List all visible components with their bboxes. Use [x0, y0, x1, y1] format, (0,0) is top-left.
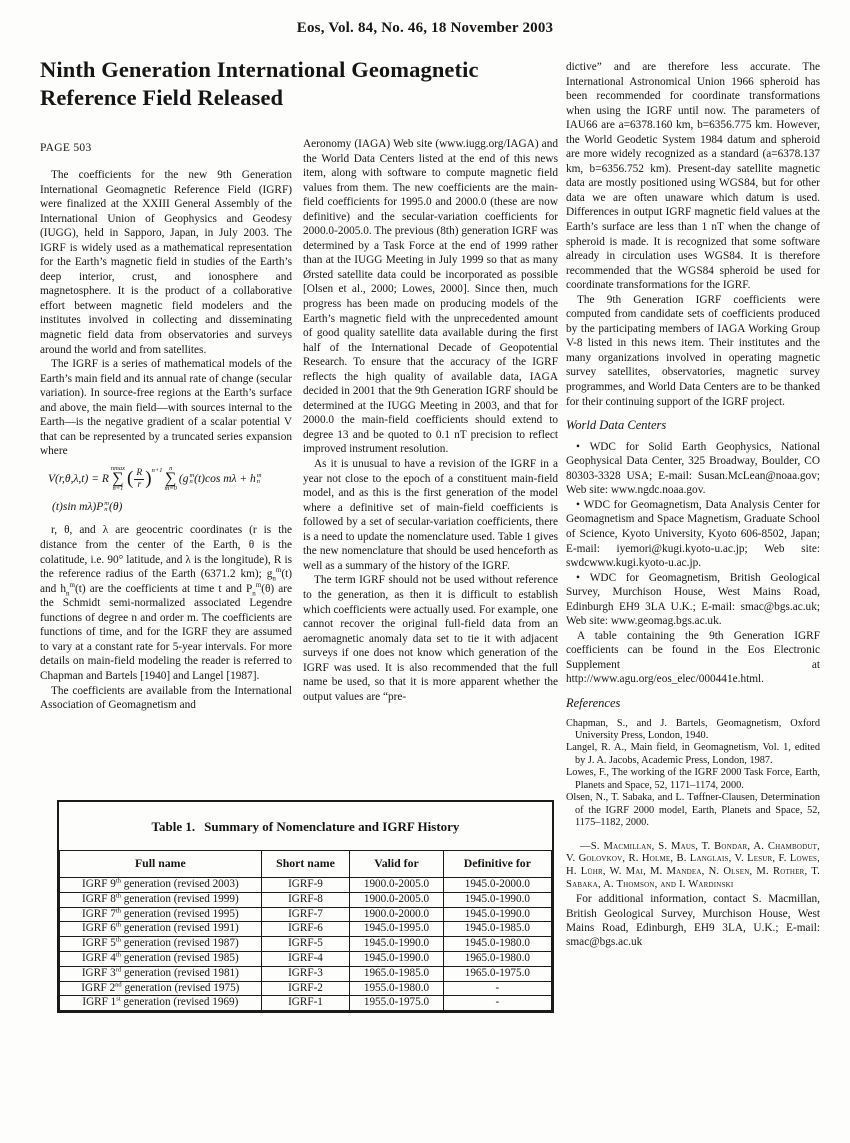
- cell-short-name: IGRF-8: [261, 892, 350, 907]
- cell-valid-for: 1945.0-1995.0: [350, 922, 443, 937]
- reference-item: Langel, R. A., Main field, in Geomagneti…: [566, 742, 820, 767]
- sigma-icon: ∑: [112, 472, 123, 486]
- header-short-name: Short name: [261, 851, 350, 878]
- cell-valid-for: 1955.0-1980.0: [350, 981, 443, 996]
- cell-valid-for: 1965.0-1985.0: [350, 966, 443, 981]
- table-row: IGRF 1st generation (revised 1969) IGRF-…: [60, 996, 552, 1011]
- cell-definitive-for: 1945.0-1985.0: [443, 922, 551, 937]
- header-valid-for: Valid for: [350, 851, 443, 878]
- table-row: IGRF 4th generation (revised 1985) IGRF-…: [60, 951, 552, 966]
- cell-valid-for: 1945.0-1990.0: [350, 951, 443, 966]
- cell-definitive-for: 1945.0-1990.0: [443, 907, 551, 922]
- para-col1-2: The IGRF is a series of mathematical mod…: [40, 357, 292, 459]
- wdc-item: WDC for Geomagnetism, Data Analysis Cent…: [566, 498, 820, 571]
- cell-full-name: IGRF 8th generation (revised 1999): [60, 892, 262, 907]
- table-label: Table 1.: [152, 819, 196, 834]
- cell-definitive-for: 1945.0-1990.0: [443, 892, 551, 907]
- cell-short-name: IGRF-7: [261, 907, 350, 922]
- cell-valid-for: 1900.0-2005.0: [350, 878, 443, 893]
- cell-valid-for: 1900.0-2000.0: [350, 907, 443, 922]
- contact-info: For additional information, contact S. M…: [566, 892, 820, 949]
- journal-header: Eos, Vol. 84, No. 46, 18 November 2003: [0, 20, 850, 37]
- cell-full-name: IGRF 2nd generation (revised 1975): [60, 981, 262, 996]
- cell-valid-for: 1900.0-2005.0: [350, 892, 443, 907]
- column-middle: Aeronomy (IAGA) Web site (www.iugg.org/I…: [303, 137, 558, 704]
- table-title: Table 1.Summary of Nomenclature and IGRF…: [59, 802, 552, 850]
- cell-definitive-for: 1945.0-2000.0: [443, 878, 551, 893]
- cell-short-name: IGRF-3: [261, 966, 350, 981]
- references-heading: References: [566, 696, 820, 711]
- para-col2-2: As it is unusual to have a revision of t…: [303, 457, 558, 573]
- table-row: IGRF 2nd generation (revised 1975) IGRF-…: [60, 981, 552, 996]
- para-col1-1: The coefficients for the new 9th Generat…: [40, 168, 292, 357]
- sum-operator-m: n ∑ m=0: [165, 466, 177, 493]
- reference-item: Lowes, F., The working of the IGRF 2000 …: [566, 767, 820, 792]
- cell-full-name: IGRF 5th generation (revised 1987): [60, 937, 262, 952]
- table-row: IGRF 3rd generation (revised 1981) IGRF-…: [60, 966, 552, 981]
- cell-full-name: IGRF 6th generation (revised 1991): [60, 922, 262, 937]
- exponent: n+1: [152, 464, 163, 479]
- wdc-item: WDC for Geomagnetism, British Geological…: [566, 571, 820, 629]
- cell-full-name: IGRF 1st generation (revised 1969): [60, 996, 262, 1011]
- para-col2-1: Aeronomy (IAGA) Web site (www.iugg.org/I…: [303, 137, 558, 457]
- formula-line-1: V(r,θ,λ,t) = R nmax ∑ n=1 ( R r ) n+1 n …: [48, 466, 292, 493]
- h-indices: m n: [257, 473, 262, 485]
- sum-operator-n: nmax ∑ n=1: [111, 466, 125, 493]
- world-data-centers-heading: World Data Centers: [566, 418, 820, 433]
- table-header-row: Full name Short name Valid for Definitiv…: [60, 851, 552, 878]
- cell-short-name: IGRF-4: [261, 951, 350, 966]
- article-title: Ninth Generation International Geomagnet…: [40, 56, 545, 112]
- formula-line2-b: (θ): [109, 500, 122, 515]
- cell-definitive-for: 1965.0-1975.0: [443, 966, 551, 981]
- fraction-R-over-r: R r: [134, 469, 144, 490]
- cell-full-name: IGRF 7th generation (revised 1995): [60, 907, 262, 922]
- cell-definitive-for: -: [443, 981, 551, 996]
- table-1: Table 1.Summary of Nomenclature and IGRF…: [57, 800, 554, 1013]
- reference-item: Olsen, N., T. Sabaka, and L. Tøffner-Cla…: [566, 792, 820, 829]
- header-full-name: Full name: [60, 851, 262, 878]
- formula-line-2: (t)sin mλ)P m n (θ): [48, 500, 292, 515]
- para-col2-3: The term IGRF should not be used without…: [303, 573, 558, 704]
- cell-valid-for: 1945.0-1990.0: [350, 937, 443, 952]
- author-signature: —S. Macmillan, S. Maus, T. Bondar, A. Ch…: [566, 841, 820, 892]
- open-paren: (: [127, 470, 133, 488]
- wdc-item: WDC for Solid Earth Geophysics, National…: [566, 440, 820, 498]
- cell-definitive-for: 1945.0-1980.0: [443, 937, 551, 952]
- formula-prefix: V(r,θ,λ,t) = R: [48, 472, 109, 487]
- document-page: Eos, Vol. 84, No. 46, 18 November 2003 N…: [0, 0, 850, 1143]
- formula-term-mid: (t)cos mλ + h: [194, 472, 256, 487]
- para-col1-3: r, θ, and λ are geocentric coordinates (…: [40, 523, 292, 683]
- cell-short-name: IGRF-5: [261, 937, 350, 952]
- table-row: IGRF 5th generation (revised 1987) IGRF-…: [60, 937, 552, 952]
- page-number-label: PAGE 503: [40, 142, 92, 154]
- para-col3-3: A table containing the 9th Generation IG…: [566, 629, 820, 687]
- table-row: IGRF 6th generation (revised 1991) IGRF-…: [60, 922, 552, 937]
- references-list: Chapman, S., and J. Bartels, Geomagnetis…: [566, 718, 820, 830]
- igrf-history-table: Full name Short name Valid for Definitiv…: [59, 850, 552, 1011]
- formula-line2-a: (t)sin mλ)P: [52, 500, 103, 515]
- sigma-icon: ∑: [165, 472, 176, 486]
- wdc-list: WDC for Solid Earth Geophysics, National…: [566, 440, 820, 629]
- para-col3-2: The 9th Generation IGRF coefficients wer…: [566, 293, 820, 409]
- cell-valid-for: 1955.0-1975.0: [350, 996, 443, 1011]
- column-right: dictive” and are therefore less accurate…: [566, 60, 820, 949]
- table-row: IGRF 8th generation (revised 1999) IGRF-…: [60, 892, 552, 907]
- para-col3-1: dictive” and are therefore less accurate…: [566, 60, 820, 293]
- table-row: IGRF 9th generation (revised 2003) IGRF-…: [60, 878, 552, 893]
- cell-short-name: IGRF-9: [261, 878, 350, 893]
- table-row: IGRF 7th generation (revised 1995) IGRF-…: [60, 907, 552, 922]
- cell-short-name: IGRF-6: [261, 922, 350, 937]
- cell-full-name: IGRF 3rd generation (revised 1981): [60, 966, 262, 981]
- cell-definitive-for: -: [443, 996, 551, 1011]
- column-left: The coefficients for the new 9th Generat…: [40, 168, 292, 713]
- cell-full-name: IGRF 4th generation (revised 1985): [60, 951, 262, 966]
- formula-term-g: (g: [179, 472, 189, 487]
- cell-definitive-for: 1965.0-1980.0: [443, 951, 551, 966]
- para-col1-4: The coefficients are available from the …: [40, 684, 292, 713]
- cell-full-name: IGRF 9th generation (revised 2003): [60, 878, 262, 893]
- table-caption: Summary of Nomenclature and IGRF History: [204, 819, 459, 834]
- formula-potential-expansion: V(r,θ,λ,t) = R nmax ∑ n=1 ( R r ) n+1 n …: [40, 466, 292, 515]
- header-definitive-for: Definitive for: [443, 851, 551, 878]
- reference-item: Chapman, S., and J. Bartels, Geomagnetis…: [566, 718, 820, 743]
- cell-short-name: IGRF-1: [261, 996, 350, 1011]
- cell-short-name: IGRF-2: [261, 981, 350, 996]
